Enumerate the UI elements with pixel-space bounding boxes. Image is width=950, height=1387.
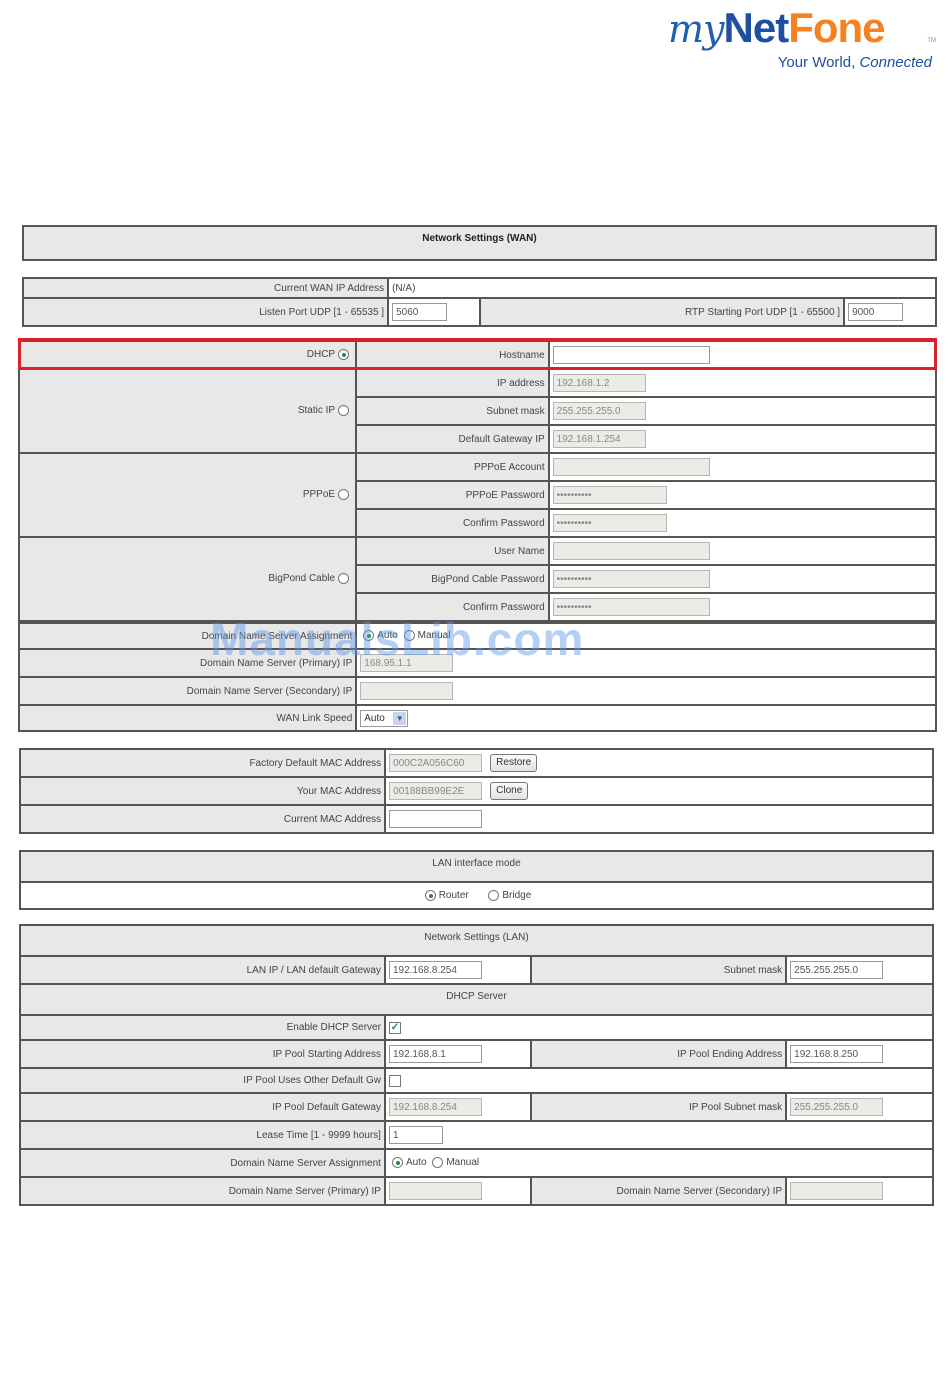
- router-radio[interactable]: [425, 890, 436, 901]
- other-gw-cell: [385, 1068, 933, 1093]
- listen-port-cell: 5060: [388, 298, 480, 326]
- lan-ip-cell: 192.168.8.254: [385, 956, 531, 984]
- enable-dhcp-label: Enable DHCP Server: [20, 1015, 385, 1040]
- chevron-down-icon[interactable]: ▼: [393, 712, 406, 725]
- pool-subnet-mask-input[interactable]: 255.255.255.0: [790, 1098, 883, 1116]
- wan-dns-table: Domain Name Server Assignment Auto Manua…: [18, 622, 937, 732]
- pppoe-confirm-label: Confirm Password: [356, 509, 549, 537]
- lan-dns-primary-label: Domain Name Server (Primary) IP: [20, 1177, 385, 1205]
- pool-subnet-mask-cell: 255.255.255.0: [786, 1093, 933, 1121]
- lan-mode-title: LAN interface mode: [20, 851, 933, 882]
- lan-subnet-mask-label: Subnet mask: [531, 956, 786, 984]
- restore-button[interactable]: Restore: [490, 754, 537, 772]
- pppoe-confirm-input[interactable]: ••••••••••: [553, 514, 667, 532]
- lease-time-input[interactable]: 1: [389, 1126, 443, 1144]
- lan-ip-label: LAN IP / LAN default Gateway: [20, 956, 385, 984]
- wan-dns-assignment-cell: Auto Manual: [356, 623, 936, 649]
- wan-header: Network Settings (WAN): [23, 226, 936, 260]
- pppoe-confirm-cell: ••••••••••: [549, 509, 936, 537]
- your-mac-label: Your MAC Address: [20, 777, 385, 805]
- wan-header-title: Network Settings (WAN): [422, 233, 536, 244]
- rtp-port-cell: 9000: [844, 298, 936, 326]
- bigpond-user-cell: [549, 537, 936, 565]
- listen-port-label: Listen Port UDP [1 - 65535 ]: [23, 298, 388, 326]
- static-ip-address-input[interactable]: 192.168.1.2: [553, 374, 646, 392]
- router-label: Router: [439, 890, 469, 901]
- hostname-cell: [549, 341, 936, 369]
- lan-dns-secondary-label: Domain Name Server (Secondary) IP: [531, 1177, 786, 1205]
- pool-gateway-label: IP Pool Default Gateway: [20, 1093, 385, 1121]
- enable-dhcp-checkbox[interactable]: ✓: [389, 1022, 401, 1034]
- static-ip-address-label: IP address: [356, 369, 549, 397]
- lease-time-cell: 1: [385, 1121, 933, 1149]
- wan-dns-primary-input[interactable]: 168.95.1.1: [360, 654, 453, 672]
- lan-dns-assignment-label: Domain Name Server Assignment: [20, 1149, 385, 1177]
- pppoe-account-label: PPPoE Account: [356, 453, 549, 481]
- your-mac-cell: 00188BB99E2EClone: [385, 777, 933, 805]
- static-ip-radio[interactable]: [338, 405, 349, 416]
- wan-dns-manual-radio[interactable]: [404, 630, 415, 641]
- wan-info-table: Current WAN IP Address (N/A) Listen Port…: [22, 277, 937, 327]
- current-mac-input[interactable]: [389, 810, 482, 828]
- bridge-label: Bridge: [502, 890, 531, 901]
- static-ip-label: Static IP: [298, 405, 335, 416]
- lan-dns-assignment-cell: Auto Manual: [385, 1149, 933, 1177]
- static-subnet-mask-input[interactable]: 255.255.255.0: [553, 402, 646, 420]
- pppoe-account-cell: [549, 453, 936, 481]
- bigpond-confirm-input[interactable]: ••••••••••: [553, 598, 710, 616]
- lan-settings-table: Network Settings (LAN) LAN IP / LAN defa…: [19, 924, 934, 1206]
- wan-mode-table: DHCP Hostname Static IP IP address 192.1…: [18, 340, 937, 622]
- wan-dns-secondary-label: Domain Name Server (Secondary) IP: [19, 677, 356, 705]
- logo-trademark: TM: [927, 38, 936, 44]
- hostname-label: Hostname: [356, 341, 549, 369]
- static-subnet-mask-label: Subnet mask: [356, 397, 549, 425]
- static-gateway-input[interactable]: 192.168.1.254: [553, 430, 646, 448]
- static-subnet-mask-cell: 255.255.255.0: [549, 397, 936, 425]
- mac-table: Factory Default MAC Address 000C2A056C60…: [19, 748, 934, 834]
- pool-end-label: IP Pool Ending Address: [531, 1040, 786, 1068]
- pool-start-label: IP Pool Starting Address: [20, 1040, 385, 1068]
- wan-dns-auto-label: Auto: [377, 630, 398, 641]
- pppoe-password-label: PPPoE Password: [356, 481, 549, 509]
- dhcp-server-title: DHCP Server: [20, 984, 933, 1015]
- pppoe-password-input[interactable]: ••••••••••: [553, 486, 667, 504]
- rtp-port-label: RTP Starting Port UDP [1 - 65500 ]: [480, 298, 844, 326]
- current-wan-ip-value: (N/A): [388, 278, 936, 298]
- lan-dns-primary-input[interactable]: [389, 1182, 482, 1200]
- lease-time-label: Lease Time [1 - 9999 hours]: [20, 1121, 385, 1149]
- wan-dns-manual-label: Manual: [418, 630, 451, 641]
- static-ip-address-cell: 192.168.1.2: [549, 369, 936, 397]
- wan-link-speed-select[interactable]: Auto▼: [360, 710, 408, 727]
- wan-dns-primary-label: Domain Name Server (Primary) IP: [19, 649, 356, 677]
- pool-gateway-input[interactable]: 192.168.8.254: [389, 1098, 482, 1116]
- bigpond-label: BigPond Cable: [268, 573, 335, 584]
- lan-dns-manual-label: Manual: [446, 1157, 479, 1168]
- dhcp-option[interactable]: DHCP: [19, 341, 356, 369]
- wan-header-table: Network Settings (WAN): [22, 225, 937, 261]
- pppoe-label: PPPoE: [303, 489, 335, 500]
- pppoe-radio[interactable]: [338, 489, 349, 500]
- bigpond-password-cell: ••••••••••: [549, 565, 936, 593]
- wan-dns-primary-cell: 168.95.1.1: [356, 649, 936, 677]
- wan-link-speed-value: Auto: [364, 713, 385, 724]
- bigpond-user-label: User Name: [356, 537, 549, 565]
- bigpond-radio[interactable]: [338, 573, 349, 584]
- lan-dns-secondary-cell: [786, 1177, 933, 1205]
- bigpond-confirm-cell: ••••••••••: [549, 593, 936, 621]
- bigpond-password-input[interactable]: ••••••••••: [553, 570, 710, 588]
- pppoe-password-cell: ••••••••••: [549, 481, 936, 509]
- factory-mac-cell: 000C2A056C60Restore: [385, 749, 933, 777]
- rtp-port-input[interactable]: 9000: [848, 303, 903, 321]
- tagline-text: Your World,: [778, 54, 860, 71]
- lan-subnet-mask-input[interactable]: 255.255.255.0: [790, 961, 883, 979]
- pool-end-cell: 192.168.8.250: [786, 1040, 933, 1068]
- wan-dns-secondary-input[interactable]: [360, 682, 453, 700]
- bigpond-password-label: BigPond Cable Password: [356, 565, 549, 593]
- lan-settings-title: Network Settings (LAN): [20, 925, 933, 956]
- mynetfone-logo: myNetFone TM Your World, Connected: [668, 4, 940, 74]
- wan-link-speed-cell: Auto▼: [356, 705, 936, 731]
- factory-mac-input: 000C2A056C60: [389, 754, 482, 772]
- pool-start-cell: 192.168.8.1: [385, 1040, 531, 1068]
- lan-mode-options: Router Bridge: [20, 882, 933, 909]
- static-gateway-label: Default Gateway IP: [356, 425, 549, 453]
- wan-link-speed-label: WAN Link Speed: [19, 705, 356, 731]
- logo-my: my: [668, 7, 724, 51]
- bigpond-confirm-label: Confirm Password: [356, 593, 549, 621]
- clone-button[interactable]: Clone: [490, 782, 528, 800]
- your-mac-input: 00188BB99E2E: [389, 782, 482, 800]
- other-gw-checkbox[interactable]: [389, 1075, 401, 1087]
- static-gateway-cell: 192.168.1.254: [549, 425, 936, 453]
- other-gw-label: IP Pool Uses Other Default Gw: [20, 1068, 385, 1093]
- logo-net: Net: [724, 4, 789, 51]
- lan-ip-input[interactable]: 192.168.8.254: [389, 961, 482, 979]
- logo-tagline: Your World, Connected: [778, 54, 932, 71]
- pppoe-account-input[interactable]: [553, 458, 710, 476]
- pool-start-input[interactable]: 192.168.8.1: [389, 1045, 482, 1063]
- pool-end-input[interactable]: 192.168.8.250: [790, 1045, 883, 1063]
- dhcp-radio[interactable]: [338, 349, 349, 360]
- factory-mac-label: Factory Default MAC Address: [20, 749, 385, 777]
- current-mac-cell: [385, 805, 933, 833]
- current-wan-ip-label: Current WAN IP Address: [23, 278, 388, 298]
- bigpond-user-input[interactable]: [553, 542, 710, 560]
- current-mac-label: Current MAC Address: [20, 805, 385, 833]
- lan-subnet-mask-cell: 255.255.255.0: [786, 956, 933, 984]
- hostname-input[interactable]: [553, 346, 710, 364]
- logo-wordmark: myNetFone: [668, 4, 885, 52]
- listen-port-input[interactable]: 5060: [392, 303, 447, 321]
- lan-dns-manual-radio[interactable]: [432, 1157, 443, 1168]
- wan-dns-auto-radio[interactable]: [363, 630, 374, 641]
- lan-dns-secondary-input[interactable]: [790, 1182, 883, 1200]
- enable-dhcp-cell: ✓: [385, 1015, 933, 1040]
- pppoe-option[interactable]: PPPoE: [19, 453, 356, 537]
- bridge-radio[interactable]: [488, 890, 499, 901]
- wan-dns-secondary-cell: [356, 677, 936, 705]
- bigpond-option[interactable]: BigPond Cable: [19, 537, 356, 621]
- wan-dns-assignment-label: Domain Name Server Assignment: [19, 623, 356, 649]
- pool-gateway-cell: 192.168.8.254: [385, 1093, 531, 1121]
- lan-dns-auto-radio[interactable]: [392, 1157, 403, 1168]
- logo-fone: Fone: [788, 4, 884, 51]
- static-ip-option[interactable]: Static IP: [19, 369, 356, 453]
- dhcp-label: DHCP: [307, 349, 335, 360]
- lan-mode-table: LAN interface mode Router Bridge: [19, 850, 934, 910]
- pool-subnet-mask-label: IP Pool Subnet mask: [531, 1093, 786, 1121]
- lan-dns-auto-label: Auto: [406, 1157, 427, 1168]
- lan-dns-primary-cell: [385, 1177, 531, 1205]
- tagline-italic: Connected: [859, 54, 932, 71]
